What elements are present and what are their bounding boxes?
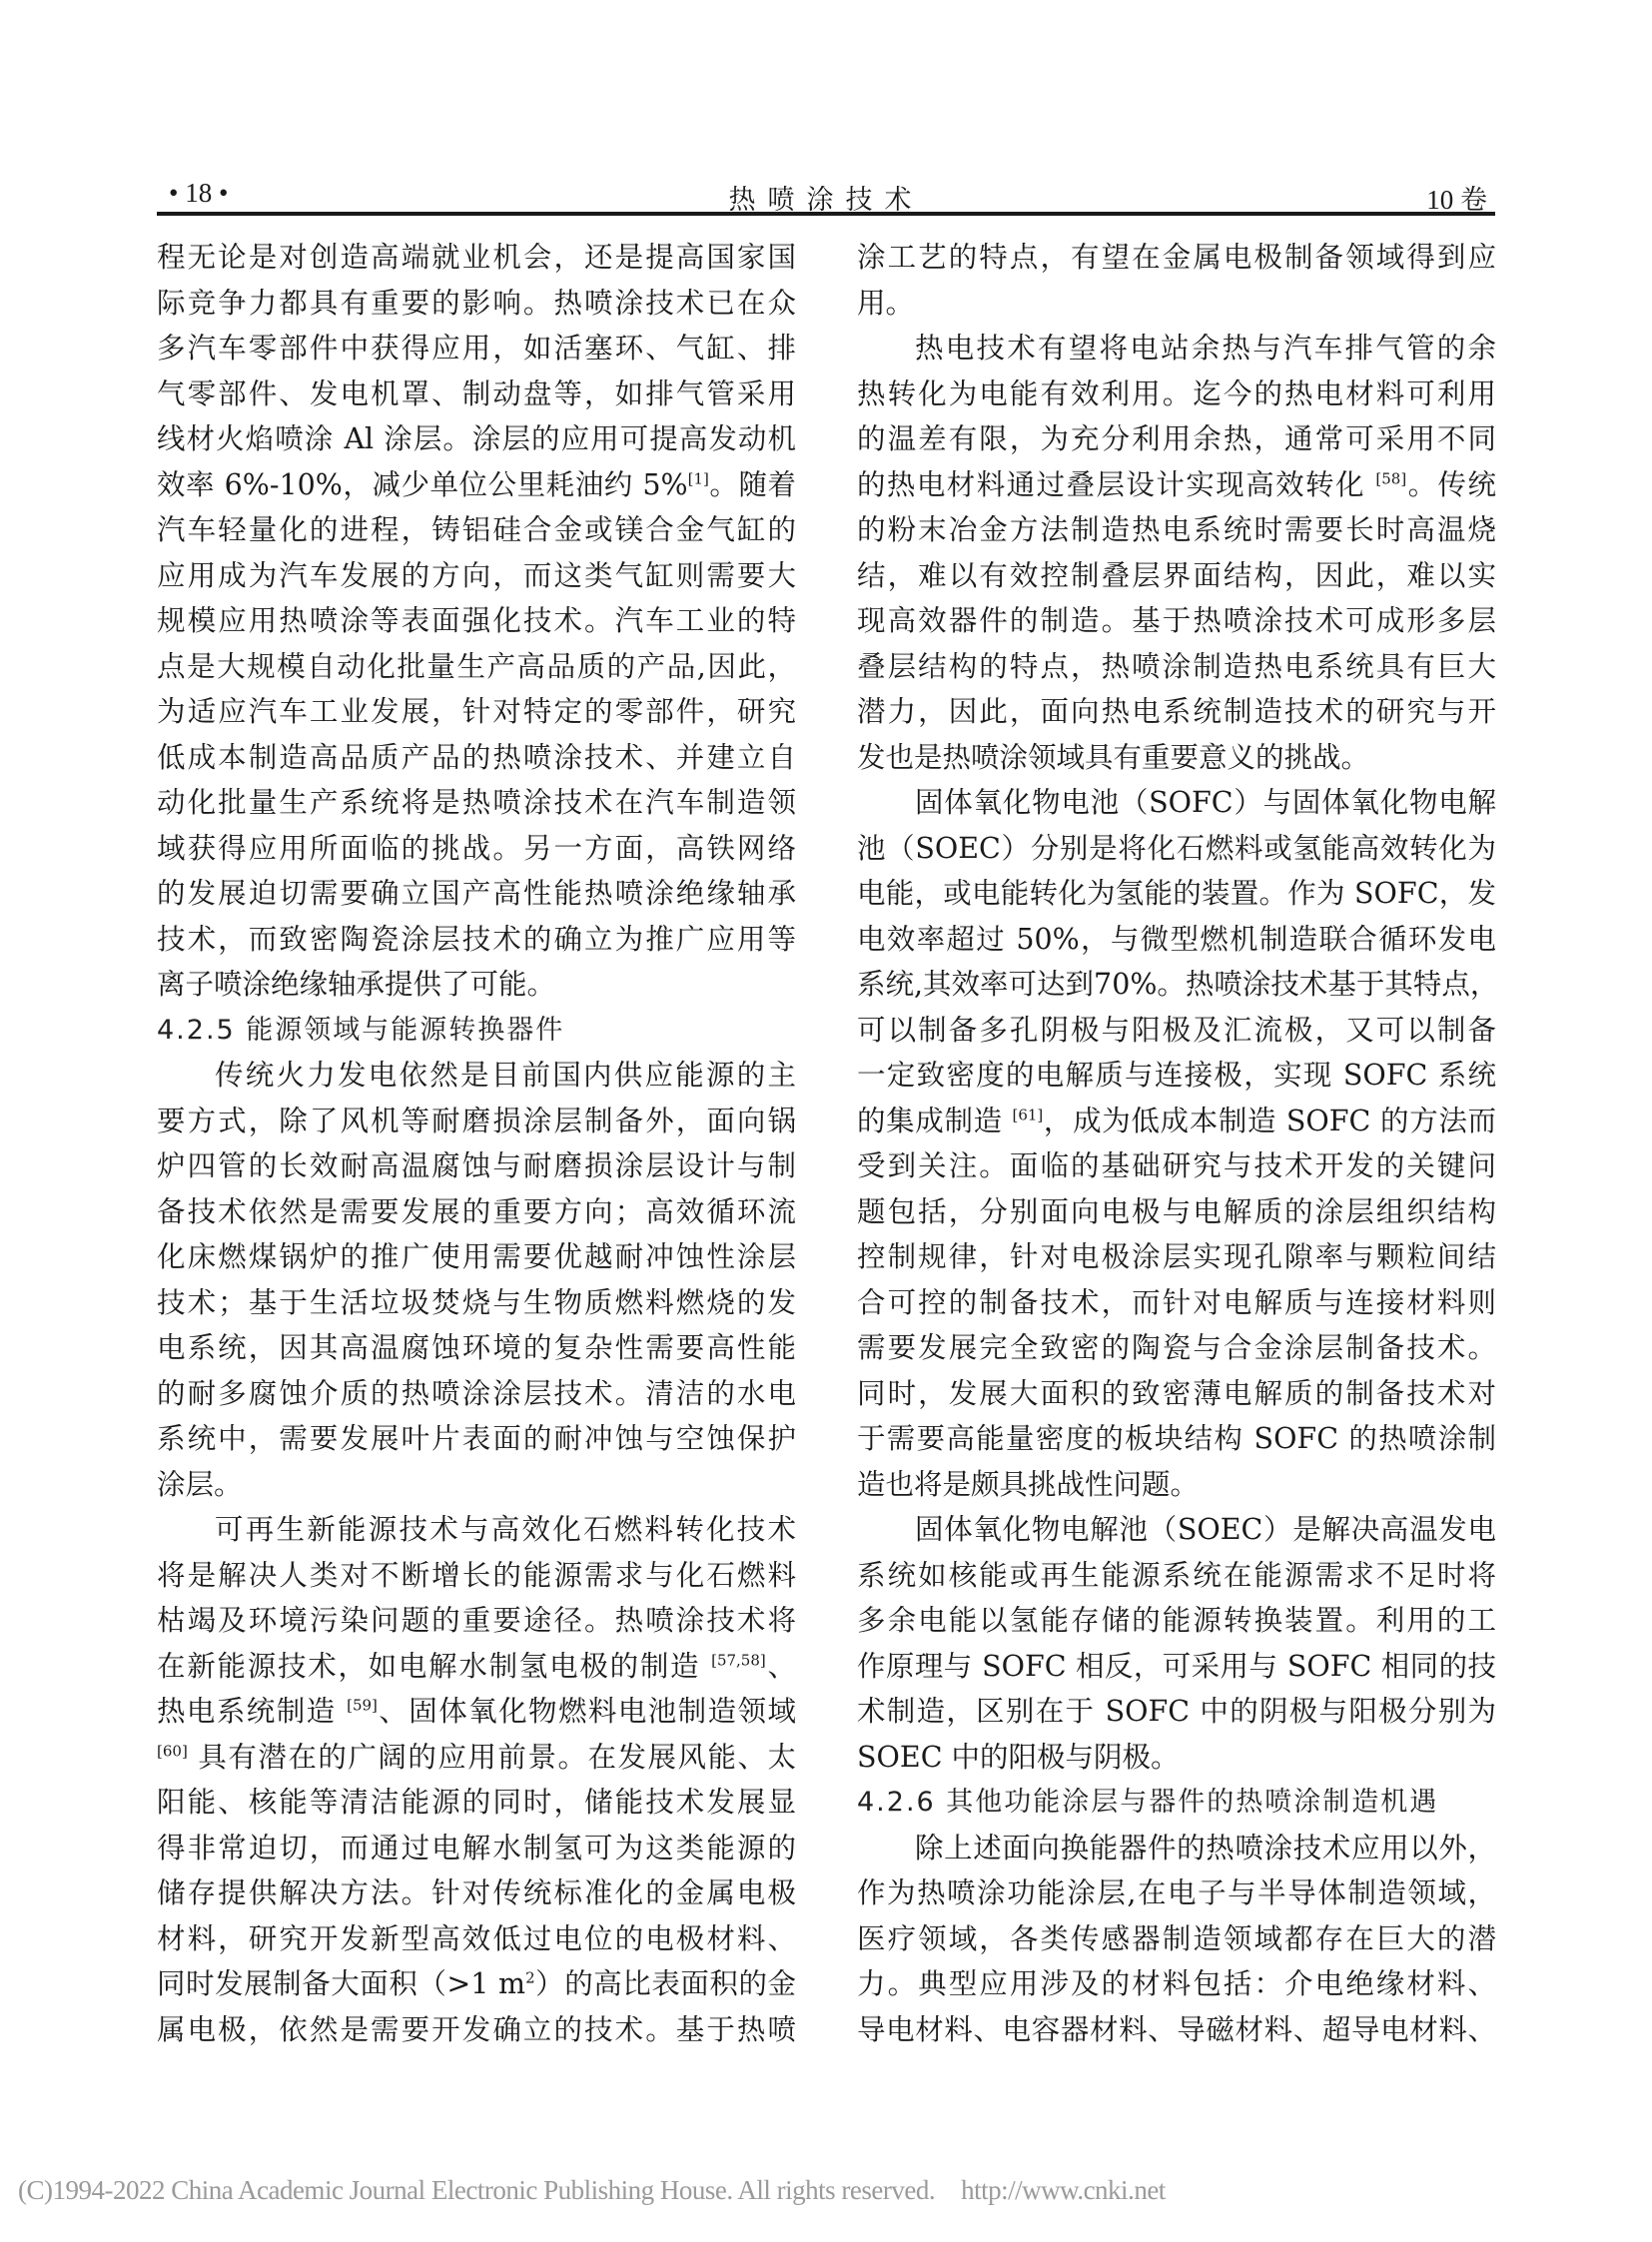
text-line: 的温差有限，为充分利用余热，通常可采用不同 [857, 416, 1496, 462]
text-line: 传统火力发电依然是目前国内供应能源的主 [157, 1053, 796, 1099]
text-line: 材料，研究开发新型高效低过电位的电极材料、 [157, 1916, 796, 1962]
text-line: 涂工艺的特点，有望在金属电极制备领域得到应 [857, 235, 1496, 281]
line-text: 术制造，区别在于 SOFC 中的阴极与阳极分别为 [857, 1695, 1496, 1728]
line-text: 材料，研究开发新型高效低过电位的电极材料、 [157, 1922, 796, 1955]
text-line: 电系统，因其高温腐蚀环境的复杂性需要高性能 [157, 1325, 796, 1371]
line-text: 的温差有限，为充分利用余热，通常可采用不同 [857, 422, 1496, 455]
text-line: 得非常迫切，而通过电解水制氢可为这类能源的 [157, 1826, 796, 1871]
text-line: 离子喷涂绝缘轴承提供了可能。 [157, 962, 796, 1008]
line-text: 用。 [857, 287, 914, 320]
cnki-link[interactable]: http://www.cnki.net [961, 2175, 1166, 2205]
text-line: 潜力，因此，面向热电系统制造技术的研究与开 [857, 689, 1496, 735]
line-text: 作为热喷涂功能涂层,在电子与半导体制造领域， [857, 1876, 1496, 1909]
line-text: 潜力，因此，面向热电系统制造技术的研究与开 [857, 695, 1496, 728]
text-line: 一定致密度的电解质与连接极，实现 SOFC 系统 [857, 1053, 1496, 1099]
text-line: 属电极，依然是需要开发确立的技术。基于热喷 [157, 2007, 796, 2053]
line-text-continued: ）的高比表面积的金 [535, 1967, 796, 2000]
line-text: 储存提供解决方法。针对传统标准化的金属电极 [157, 1876, 796, 1909]
copyright-text: (C)1994-2022 China Academic Journal Elec… [18, 2175, 935, 2205]
line-text: 电效率超过 50%，与微型燃机制造联合循环发电 [857, 923, 1496, 956]
text-line: 的发展迫切需要确立国产高性能热喷涂绝缘轴承 [157, 871, 796, 917]
line-text: 热电系统制造 [157, 1695, 347, 1728]
text-line: 程无论是对创造高端就业机会，还是提高国家国 [157, 235, 796, 281]
section-heading: 4.2.5 能源领域与能源转换器件 [157, 1008, 796, 1054]
line-text: 炉四管的长效耐高温腐蚀与耐磨损涂层设计与制 [157, 1149, 796, 1182]
text-line: 控制规律，针对电极涂层实现孔隙率与颗粒间结 [857, 1234, 1496, 1280]
line-text: 传统火力发电依然是目前国内供应能源的主 [215, 1059, 796, 1092]
line-text: 涂层。 [157, 1468, 243, 1501]
line-text: 作原理与 SOFC 相反，可采用与 SOFC 相同的技 [857, 1650, 1496, 1683]
line-text: 要方式，除了风机等耐磨损涂层制备外，面向锅 [157, 1105, 796, 1137]
left-column: 程无论是对创造高端就业机会，还是提高国家国际竞争力都具有重要的影响。热喷涂技术已… [157, 235, 796, 2052]
text-line: 力。典型应用涉及的材料包括：介电绝缘材料、 [857, 1961, 1496, 2007]
text-line: 固体氧化物电池（SOFC）与固体氧化物电解 [857, 780, 1496, 826]
line-text: 备技术依然是需要发展的重要方向；高效循环流 [157, 1195, 796, 1228]
text-line: 系统,其效率可达到70%。热喷涂技术基于其特点， [857, 962, 1496, 1008]
line-text: 需要发展完全致密的陶瓷与合金涂层制备技术。 [857, 1331, 1496, 1364]
citation-reference: [1] [688, 469, 709, 487]
text-line: 的粉末冶金方法制造热电系统时需要长时高温烧 [857, 507, 1496, 553]
text-line: 可再生新能源技术与高效化石燃料转化技术 [157, 1507, 796, 1553]
text-line: 要方式，除了风机等耐磨损涂层制备外，面向锅 [157, 1099, 796, 1144]
text-line: 受到关注。面临的基础研究与技术开发的关键问 [857, 1143, 1496, 1189]
line-text: 系统,其效率可达到70%。热喷涂技术基于其特点， [857, 968, 1498, 1001]
text-line: 固体氧化物电解池（SOEC）是解决高温发电 [857, 1507, 1496, 1553]
citation-reference: 2 [525, 1969, 535, 1987]
line-text: 一定致密度的电解质与连接极，实现 SOFC 系统 [857, 1059, 1496, 1092]
text-line: 的集成制造 [61]，成为低成本制造 SOFC 的方法而 [857, 1099, 1496, 1144]
text-line: 可以制备多孔阴极与阳极及汇流极，又可以制备 [857, 1008, 1496, 1054]
citation-reference: [57,58] [711, 1651, 766, 1669]
text-line: 同时，发展大面积的致密薄电解质的制备技术对 [857, 1371, 1496, 1417]
line-text: 程无论是对创造高端就业机会，还是提高国家国 [157, 241, 796, 274]
text-line: 气零部件、发电机罩、制动盘等，如排气管采用 [157, 372, 796, 417]
line-text: 同时发展制备大面积（>1 m [157, 1967, 525, 2000]
line-text: 医疗领域，各类传感器制造领域都存在巨大的潜 [857, 1922, 1496, 1955]
text-line: 汽车轻量化的进程，铸铝硅合金或镁合金气缸的 [157, 507, 796, 553]
text-line: 化床燃煤锅炉的推广使用需要优越耐冲蚀性涂层 [157, 1234, 796, 1280]
text-line: 电效率超过 50%，与微型燃机制造联合循环发电 [857, 917, 1496, 963]
text-line: 多汽车零部件中获得应用，如活塞环、气缸、排 [157, 326, 796, 372]
text-line: 域获得应用所面临的挑战。另一方面，高铁网络 [157, 826, 796, 872]
text-line: 热转化为电能有效利用。迄今的热电材料可利用 [857, 372, 1496, 417]
line-text: 4.2.5 能源领域与能源转换器件 [157, 1015, 564, 1046]
line-text: 热转化为电能有效利用。迄今的热电材料可利用 [857, 377, 1496, 410]
copyright-footer: (C)1994-2022 China Academic Journal Elec… [18, 2175, 1166, 2206]
line-text: 离子喷涂绝缘轴承提供了可能。 [157, 968, 555, 1001]
text-line: 线材火焰喷涂 Al 涂层。涂层的应用可提高发动机 [157, 416, 796, 462]
line-text: 汽车轻量化的进程，铸铝硅合金或镁合金气缸的 [157, 513, 796, 546]
text-line: 备技术依然是需要发展的重要方向；高效循环流 [157, 1189, 796, 1235]
line-text-continued: 。传统 [1406, 468, 1496, 501]
text-line: 用。 [857, 281, 1496, 327]
line-text: 气零部件、发电机罩、制动盘等，如排气管采用 [157, 377, 796, 410]
text-line: 热电系统制造 [59]、固体氧化物燃料电池制造领域 [157, 1689, 796, 1735]
line-text: 多汽车零部件中获得应用，如活塞环、气缸、排 [157, 332, 796, 365]
line-text: 线材火焰喷涂 Al 涂层。涂层的应用可提高发动机 [157, 422, 796, 455]
text-line: 点是大规模自动化批量生产高品质的产品,因此， [157, 644, 796, 690]
line-text: 固体氧化物电池（SOFC）与固体氧化物电解 [915, 786, 1496, 819]
text-line: 结，难以有效控制叠层界面结构，因此，难以实 [857, 553, 1496, 599]
line-text: 控制规律，针对电极涂层实现孔隙率与颗粒间结 [857, 1240, 1496, 1273]
line-text: 叠层结构的特点，热喷涂制造热电系统具有巨大 [857, 650, 1496, 683]
line-text: 化床燃煤锅炉的推广使用需要优越耐冲蚀性涂层 [157, 1240, 796, 1273]
line-text: 系统中，需要发展叶片表面的耐冲蚀与空蚀保护 [157, 1422, 796, 1455]
line-text-continued: 、 [766, 1650, 796, 1683]
line-text: 动化批量生产系统将是热喷涂技术在汽车制造领 [157, 786, 796, 819]
line-text: 合可控的制备技术，而针对电解质与连接材料则 [857, 1286, 1496, 1319]
text-line: 作为热喷涂功能涂层,在电子与半导体制造领域， [857, 1870, 1496, 1916]
line-text: 导电材料、电容器材料、导磁材料、超导电材料、 [857, 2013, 1496, 2046]
line-text: SOEC 中的阳极与阴极。 [857, 1741, 1180, 1774]
line-text-continued: 、固体氧化物燃料电池制造领域 [378, 1695, 796, 1728]
text-line: 系统中，需要发展叶片表面的耐冲蚀与空蚀保护 [157, 1416, 796, 1462]
header-rule [157, 212, 1495, 216]
line-text: 池（SOEC）分别是将化石燃料或氢能高效转化为 [857, 832, 1496, 865]
text-line: 导电材料、电容器材料、导磁材料、超导电材料、 [857, 2007, 1496, 2053]
line-text-continued: 。随着 [709, 468, 796, 501]
text-line: 同时发展制备大面积（>1 m2）的高比表面积的金 [157, 1961, 796, 2007]
text-line: 枯竭及环境污染问题的重要途径。热喷涂技术将 [157, 1598, 796, 1644]
text-line: 系统如核能或再生能源系统在能源需求不足时将 [857, 1553, 1496, 1599]
line-text: 为适应汽车工业发展，针对特定的零部件，研究 [157, 695, 796, 728]
line-text: 除上述面向换能器件的热喷涂技术应用以外， [915, 1832, 1496, 1865]
text-line: 动化批量生产系统将是热喷涂技术在汽车制造领 [157, 780, 796, 826]
section-heading: 4.2.6 其他功能涂层与器件的热喷涂制造机遇 [857, 1780, 1496, 1826]
text-line: 技术，而致密陶瓷涂层技术的确立为推广应用等 [157, 917, 796, 963]
line-text: 力。典型应用涉及的材料包括：介电绝缘材料、 [857, 1967, 1496, 2000]
line-text: 的发展迫切需要确立国产高性能热喷涂绝缘轴承 [157, 877, 796, 910]
line-text: 属电极，依然是需要开发确立的技术。基于热喷 [157, 2013, 796, 2046]
text-line: 题包括，分别面向电极与电解质的涂层组织结构 [857, 1189, 1496, 1235]
line-text: 固体氧化物电解池（SOEC）是解决高温发电 [915, 1513, 1496, 1546]
text-line: 术制造，区别在于 SOFC 中的阴极与阳极分别为 [857, 1689, 1496, 1735]
text-line: 炉四管的长效耐高温腐蚀与耐磨损涂层设计与制 [157, 1143, 796, 1189]
citation-reference: [58] [1375, 469, 1406, 487]
text-line: 造也将是颇具挑战性问题。 [857, 1462, 1496, 1508]
text-line: 发也是热喷涂领域具有重要意义的挑战。 [857, 735, 1496, 781]
line-text-continued: ，成为低成本制造 SOFC 的方法而 [1043, 1105, 1496, 1137]
line-text: 在新能源技术，如电解水制氢电极的制造 [157, 1650, 711, 1683]
text-line: 电能，或电能转化为氢能的装置。作为 SOFC，发 [857, 871, 1496, 917]
citation-reference: [60] [157, 1742, 188, 1760]
line-text: 于需要高能量密度的板块结构 SOFC 的热喷涂制 [857, 1422, 1496, 1455]
line-text: 同时，发展大面积的致密薄电解质的制备技术对 [857, 1377, 1496, 1410]
line-text: 阳能、核能等清洁能源的同时，储能技术发展显 [157, 1786, 796, 1819]
line-text: 造也将是颇具挑战性问题。 [857, 1468, 1199, 1501]
text-line: 际竞争力都具有重要的影响。热喷涂技术已在众 [157, 281, 796, 327]
right-column: 涂工艺的特点，有望在金属电极制备领域得到应用。热电技术有望将电站余热与汽车排气管… [857, 235, 1496, 2052]
text-line: 叠层结构的特点，热喷涂制造热电系统具有巨大 [857, 644, 1496, 690]
text-line: 池（SOEC）分别是将化石燃料或氢能高效转化为 [857, 826, 1496, 872]
line-text: 的粉末冶金方法制造热电系统时需要长时高温烧 [857, 513, 1496, 546]
line-text: 效率 6%-10%，减少单位公里耗油约 5% [157, 468, 688, 501]
text-line: [60] 具有潜在的广阔的应用前景。在发展风能、太 [157, 1735, 796, 1781]
text-line: 为适应汽车工业发展，针对特定的零部件，研究 [157, 689, 796, 735]
text-line: 热电技术有望将电站余热与汽车排气管的余 [857, 326, 1496, 372]
text-line: 低成本制造高品质产品的热喷涂技术、并建立自 [157, 735, 796, 781]
line-text: 应用成为汽车发展的方向，而这类气缸则需要大 [157, 559, 796, 592]
text-line: 储存提供解决方法。针对传统标准化的金属电极 [157, 1870, 796, 1916]
line-text: 可再生新能源技术与高效化石燃料转化技术 [215, 1513, 796, 1546]
text-line: 现高效器件的制造。基于热喷涂技术可成形多层 [857, 598, 1496, 644]
line-text: 多余电能以氢能存储的能源转换装置。利用的工 [857, 1604, 1496, 1637]
text-line: 将是解决人类对不断增长的能源需求与化石燃料 [157, 1553, 796, 1599]
line-text: 将是解决人类对不断增长的能源需求与化石燃料 [157, 1559, 796, 1592]
line-text: 可以制备多孔阴极与阳极及汇流极，又可以制备 [857, 1014, 1496, 1047]
line-text: 技术，而致密陶瓷涂层技术的确立为推广应用等 [157, 923, 796, 956]
text-line: 的热电材料通过叠层设计实现高效转化 [58]。传统 [857, 462, 1496, 508]
line-text: 电能，或电能转化为氢能的装置。作为 SOFC，发 [857, 877, 1496, 910]
line-text: 得非常迫切，而通过电解水制氢可为这类能源的 [157, 1832, 796, 1865]
citation-reference: [59] [347, 1697, 378, 1715]
line-text: 的耐多腐蚀介质的热喷涂涂层技术。清洁的水电 [157, 1377, 796, 1410]
line-text: 热电技术有望将电站余热与汽车排气管的余 [915, 332, 1496, 365]
line-text: 题包括，分别面向电极与电解质的涂层组织结构 [857, 1195, 1496, 1228]
text-line: 多余电能以氢能存储的能源转换装置。利用的工 [857, 1598, 1496, 1644]
line-text: 的集成制造 [857, 1105, 1012, 1137]
text-line: 医疗领域，各类传感器制造领域都存在巨大的潜 [857, 1916, 1496, 1962]
running-header: • 18 • 热喷涂技术 10 卷 [157, 178, 1495, 210]
line-text: 结，难以有效控制叠层界面结构，因此，难以实 [857, 559, 1496, 592]
text-line: 的耐多腐蚀介质的热喷涂涂层技术。清洁的水电 [157, 1371, 796, 1417]
text-line: 于需要高能量密度的板块结构 SOFC 的热喷涂制 [857, 1416, 1496, 1462]
line-text: 枯竭及环境污染问题的重要途径。热喷涂技术将 [157, 1604, 796, 1637]
text-line: 在新能源技术，如电解水制氢电极的制造 [57,58]、 [157, 1644, 796, 1690]
text-line: 规模应用热喷涂等表面强化技术。汽车工业的特 [157, 598, 796, 644]
line-text: 技术；基于生活垃圾焚烧与生物质燃料燃烧的发 [157, 1286, 796, 1319]
text-line: 应用成为汽车发展的方向，而这类气缸则需要大 [157, 553, 796, 599]
text-line: 除上述面向换能器件的热喷涂技术应用以外， [857, 1826, 1496, 1871]
citation-reference: [61] [1012, 1106, 1043, 1123]
line-text: 发也是热喷涂领域具有重要意义的挑战。 [857, 741, 1369, 774]
line-text-continued: 具有潜在的广阔的应用前景。在发展风能、太 [188, 1741, 796, 1774]
line-text: 点是大规模自动化批量生产高品质的产品,因此， [157, 650, 796, 683]
text-line: 技术；基于生活垃圾焚烧与生物质燃料燃烧的发 [157, 1280, 796, 1326]
line-text: 电系统，因其高温腐蚀环境的复杂性需要高性能 [157, 1331, 796, 1364]
line-text: 系统如核能或再生能源系统在能源需求不足时将 [857, 1559, 1496, 1592]
text-line: 合可控的制备技术，而针对电解质与连接材料则 [857, 1280, 1496, 1326]
text-line: 阳能、核能等清洁能源的同时，储能技术发展显 [157, 1780, 796, 1826]
line-text: 规模应用热喷涂等表面强化技术。汽车工业的特 [157, 604, 796, 637]
text-line: SOEC 中的阳极与阴极。 [857, 1735, 1496, 1781]
line-text: 的热电材料通过叠层设计实现高效转化 [857, 468, 1375, 501]
line-text: 低成本制造高品质产品的热喷涂技术、并建立自 [157, 741, 796, 774]
text-line: 需要发展完全致密的陶瓷与合金涂层制备技术。 [857, 1325, 1496, 1371]
text-line: 涂层。 [157, 1462, 796, 1508]
line-text: 4.2.6 其他功能涂层与器件的热喷涂制造机遇 [857, 1787, 1438, 1818]
line-text: 际竞争力都具有重要的影响。热喷涂技术已在众 [157, 287, 796, 320]
text-line: 效率 6%-10%，减少单位公里耗油约 5%[1]。随着 [157, 462, 796, 508]
line-text: 涂工艺的特点，有望在金属电极制备领域得到应 [857, 241, 1496, 274]
line-text: 现高效器件的制造。基于热喷涂技术可成形多层 [857, 604, 1496, 637]
line-text: 受到关注。面临的基础研究与技术开发的关键问 [857, 1149, 1496, 1182]
line-text: 域获得应用所面临的挑战。另一方面，高铁网络 [157, 832, 796, 865]
text-line: 作原理与 SOFC 相反，可采用与 SOFC 相同的技 [857, 1644, 1496, 1690]
